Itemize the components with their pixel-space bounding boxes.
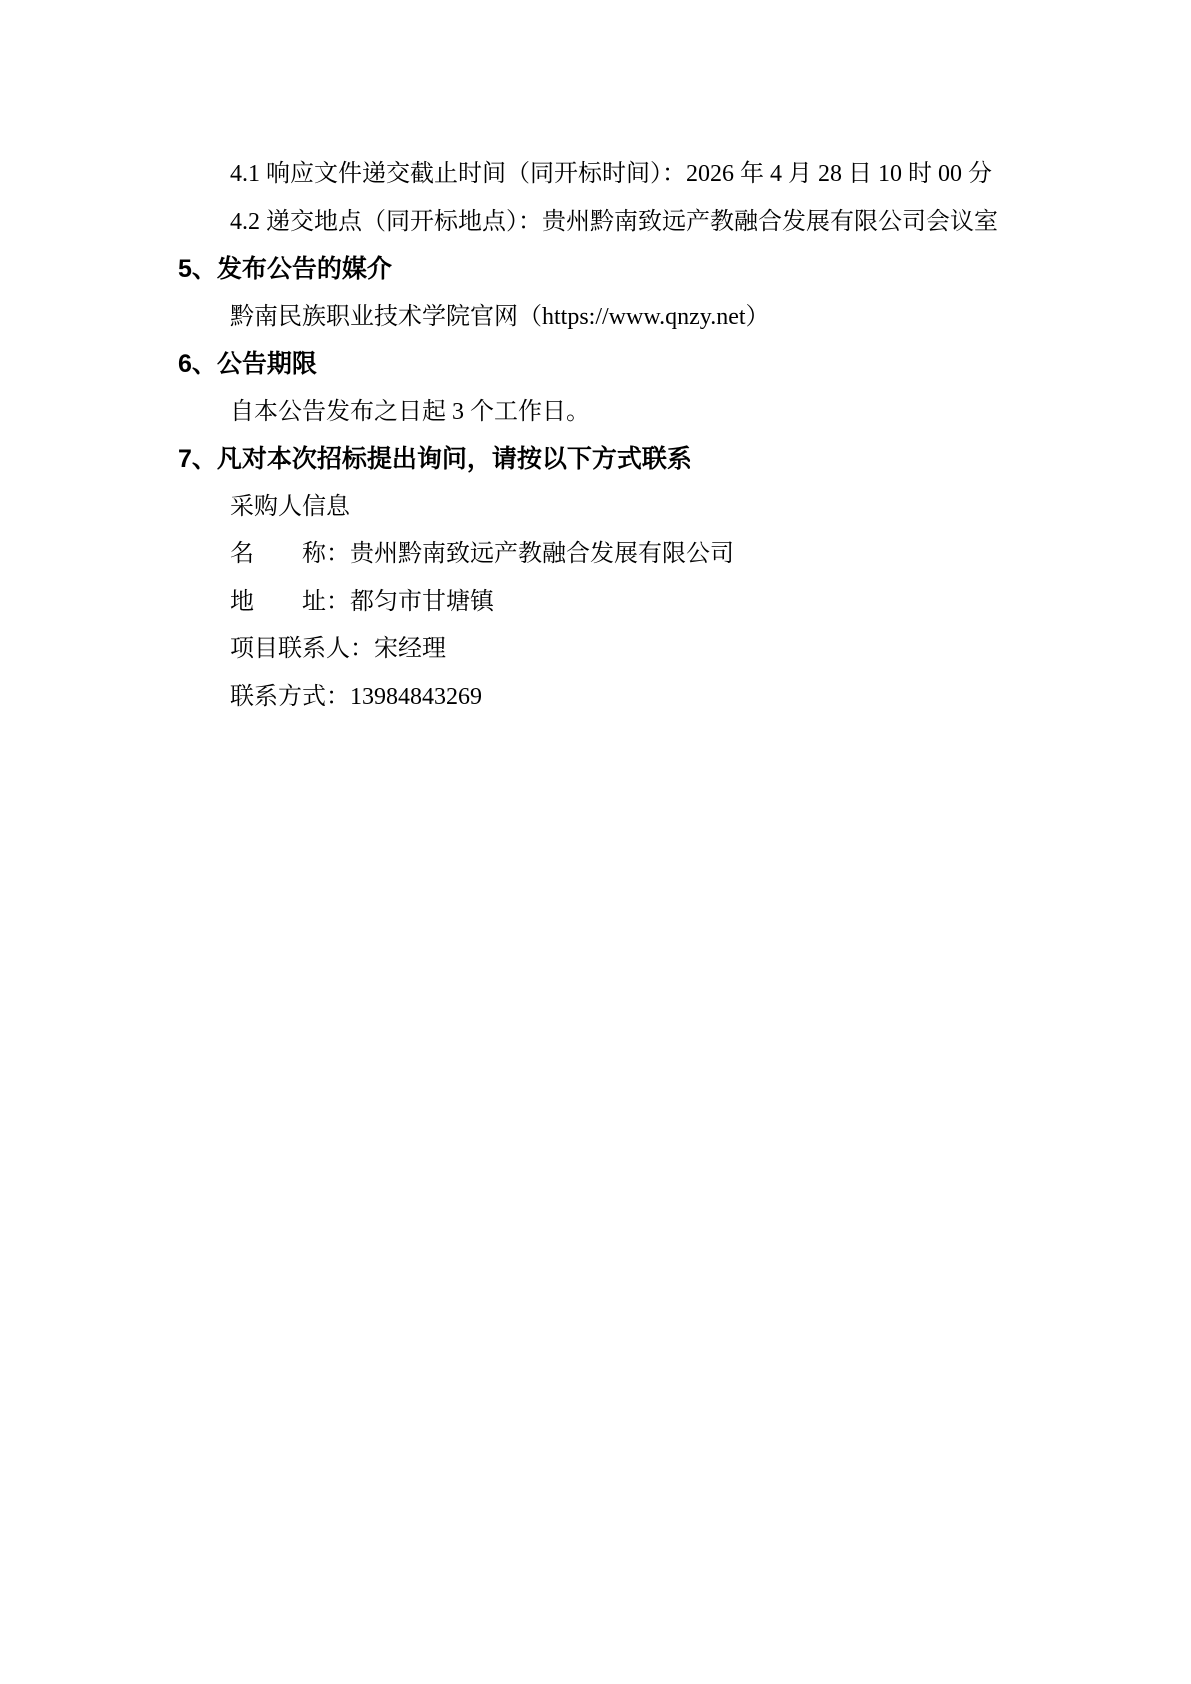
line-announcement-duration: 自本公告发布之日起 3 个工作日。 [178,389,1023,437]
clause-response-deadline: 4.1 响应文件递交截止时间（同开标时间）：2026 年 4 月 28 日 10… [178,151,1023,199]
line-project-contact: 项目联系人：宋经理 [178,626,1023,674]
document-page: 4.1 响应文件递交截止时间（同开标时间）：2026 年 4 月 28 日 10… [0,0,1191,1684]
heading-announcement-period: 6、公告期限 [178,341,1023,389]
line-contact-phone: 联系方式：13984843269 [178,674,1023,722]
page-content: 4.1 响应文件递交截止时间（同开标时间）：2026 年 4 月 28 日 10… [178,151,1023,721]
line-purchaser-name: 名 称：贵州黔南致远产教融合发展有限公司 [178,531,1023,579]
line-purchaser-info-label: 采购人信息 [178,484,1023,532]
line-announcement-website: 黔南民族职业技术学院官网（https://www.qnzy.net） [178,294,1023,342]
heading-announcement-media: 5、发布公告的媒介 [178,246,1023,294]
heading-contact-method: 7、凡对本次招标提出询问，请按以下方式联系 [178,436,1023,484]
line-purchaser-address: 地 址：都匀市甘塘镇 [178,579,1023,627]
clause-submission-place: 4.2 递交地点（同开标地点）：贵州黔南致远产教融合发展有限公司会议室 [178,199,1023,247]
